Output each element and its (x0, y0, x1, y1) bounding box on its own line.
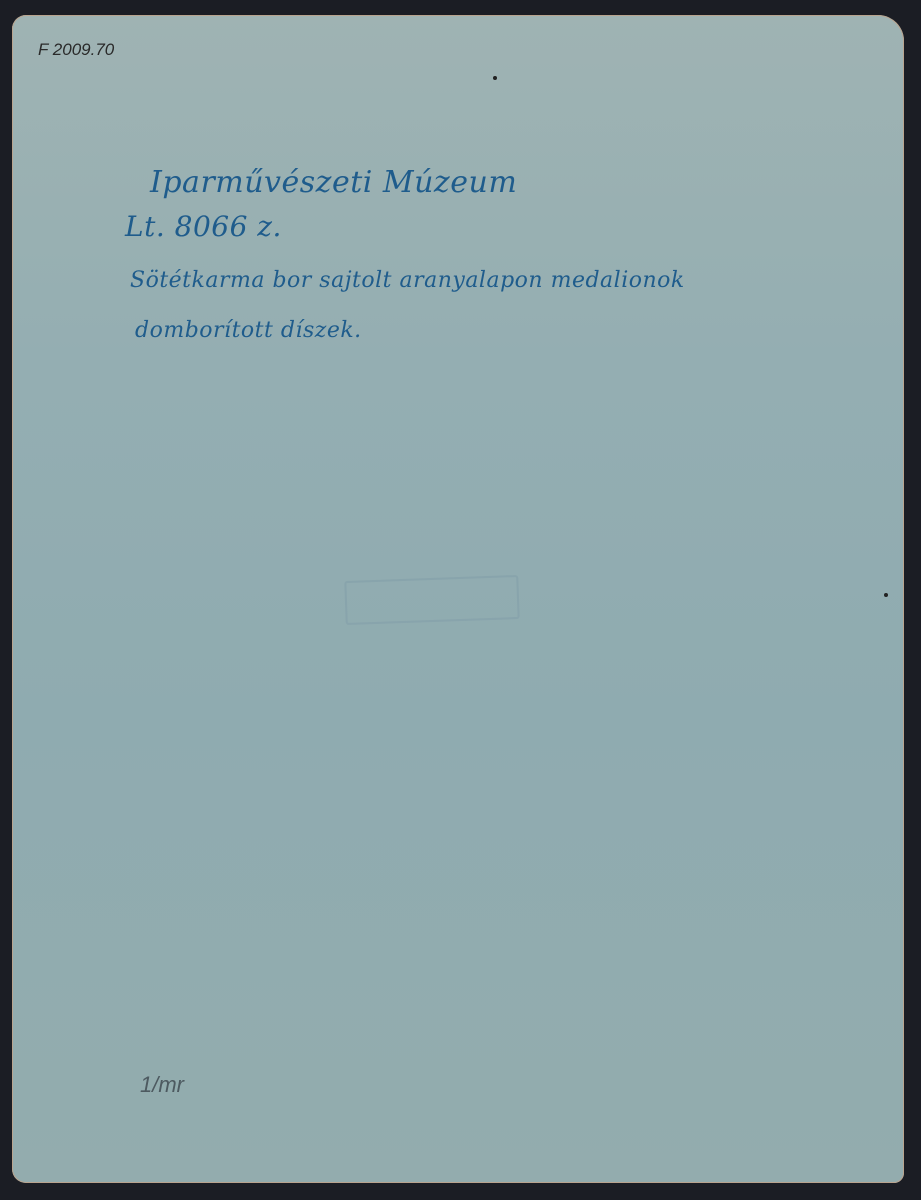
handwritten-line-description-1: Sötétkarma bor sajtolt aranyalapon medal… (130, 268, 685, 293)
faded-stamp (344, 575, 519, 625)
pencil-mark: 1/mr (140, 1072, 184, 1098)
ink-spot (493, 76, 497, 80)
handwritten-line-number: Lt. 8066 z. (125, 210, 282, 243)
inventory-number: F 2009.70 (38, 40, 114, 60)
ink-spot (884, 593, 888, 597)
handwritten-line-description-2: domborított díszek. (135, 318, 362, 343)
handwritten-line-museum: Iparművészeti Múzeum (150, 165, 517, 200)
